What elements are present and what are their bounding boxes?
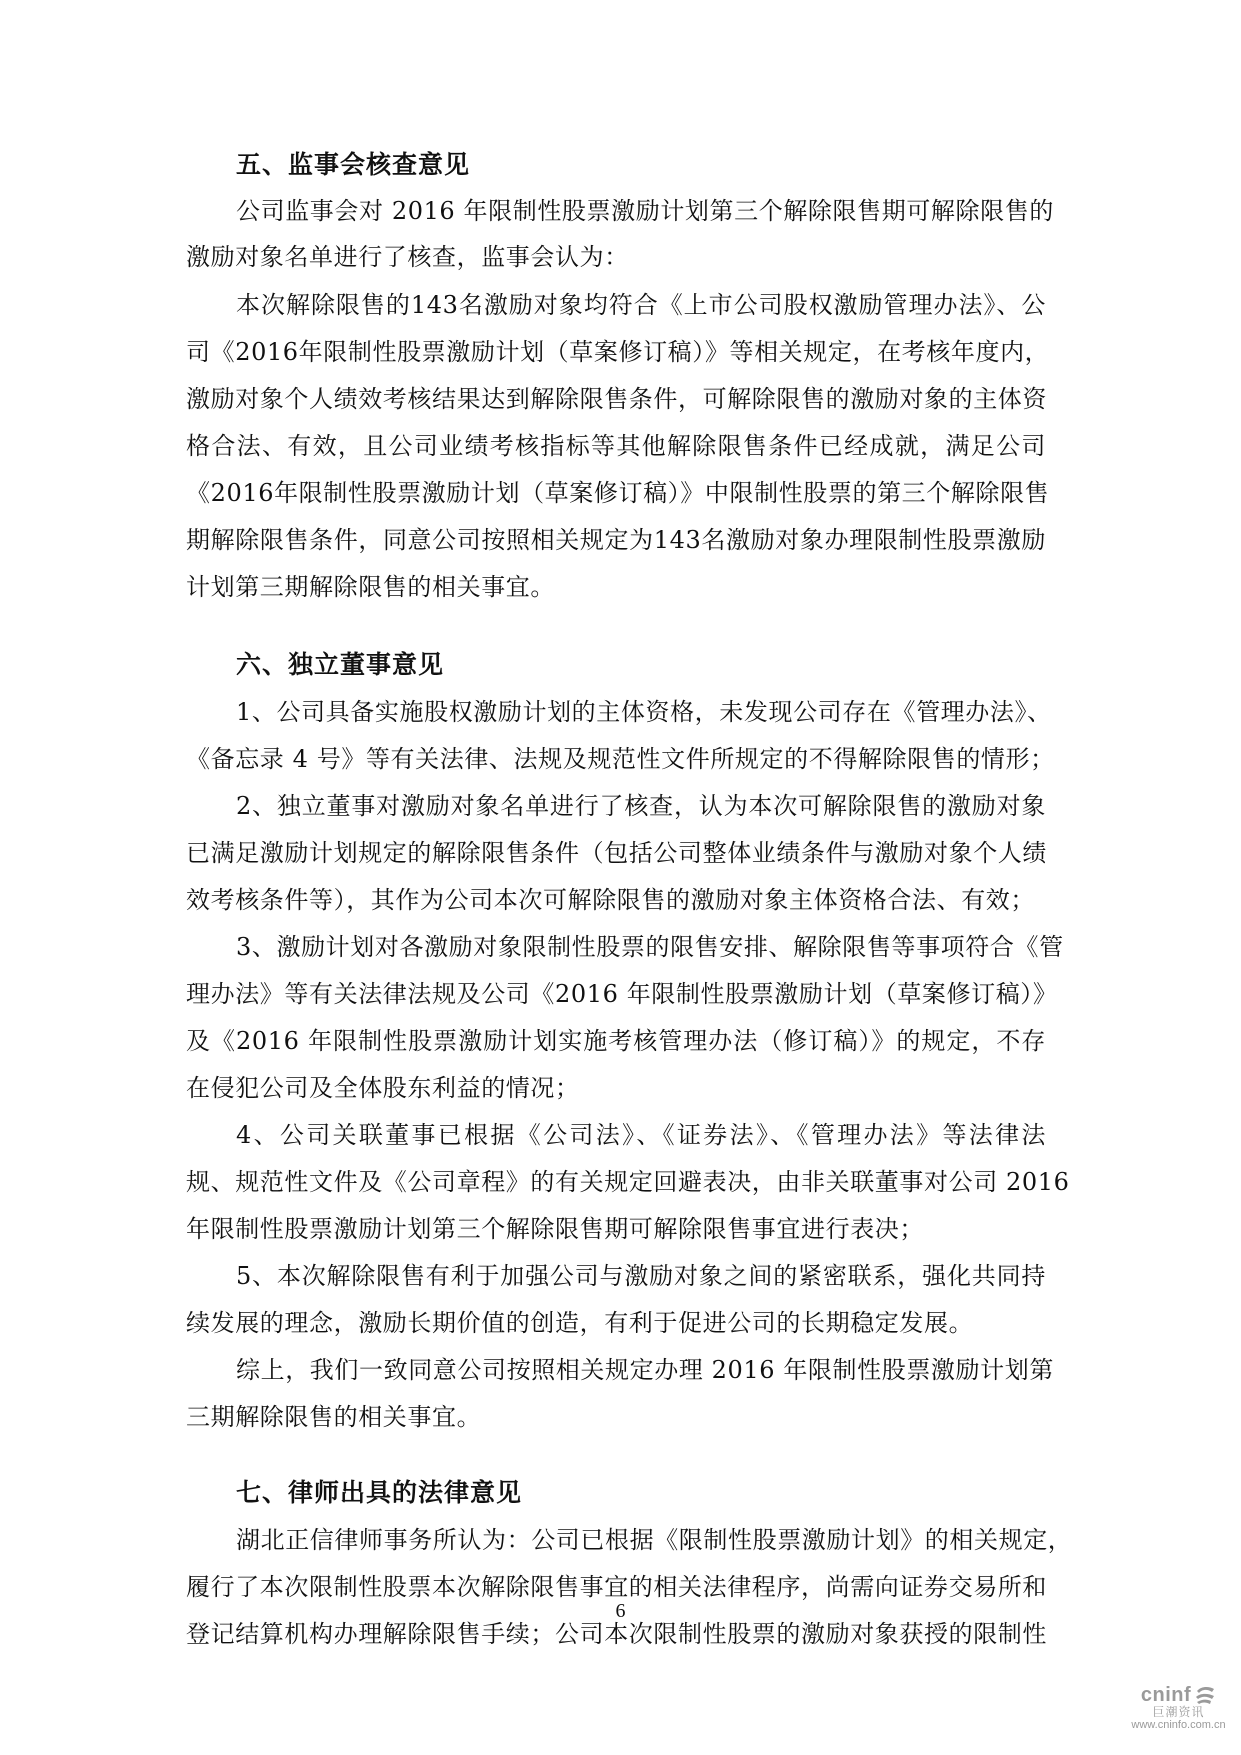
paragraph-line: 效考核条件等），其作为公司本次可解除限售的激励对象主体资格合法、有效； xyxy=(186,885,1046,915)
paragraph-line: 《备忘录 4 号》等有关法律、法规及规范性文件所规定的不得解除限售的情形； xyxy=(186,744,1046,774)
paragraph-line: 三期解除限售的相关事宜。 xyxy=(186,1402,1046,1432)
paragraph-line: 格合法、有效，且公司业绩考核指标等其他解除限售条件已经成就，满足公司 xyxy=(186,431,1046,461)
paragraph-line: 计划第三期解除限售的相关事宜。 xyxy=(186,572,1046,602)
paragraph-line: 理办法》等有关法律法规及公司《2016 年限制性股票激励计划（草案修订稿）》 xyxy=(186,979,1046,1009)
paragraph-line: 履行了本次限制性股票本次解除限售事宜的相关法律程序，尚需向证券交易所和 xyxy=(186,1572,1046,1602)
paragraph-line: 年限制性股票激励计划第三个解除限售期可解除限售事宜进行表决； xyxy=(186,1214,1046,1244)
watermark-logo-text: cninf xyxy=(1141,1685,1191,1705)
watermark-chinese-name: 巨潮资讯 xyxy=(1116,1705,1241,1719)
paragraph-line: 1、公司具备实施股权激励计划的主体资格，未发现公司存在《管理办法》、 xyxy=(236,697,1046,727)
cninfo-watermark: cninf 巨潮资讯 www.cninfo.com.cn xyxy=(1116,1685,1241,1732)
paragraph-line: 规、规范性文件及《公司章程》的有关规定回避表决，由非关联董事对公司 2016 xyxy=(186,1167,1046,1197)
section-heading: 五、监事会核查意见 xyxy=(236,150,470,180)
page-number: 6 xyxy=(0,1600,1241,1623)
paragraph-line: 司《2016年限制性股票激励计划（草案修订稿）》等相关规定，在考核年度内， xyxy=(186,337,1046,367)
paragraph-line: 3、激励计划对各激励对象限制性股票的限售安排、解除限售等事项符合《管 xyxy=(236,932,1046,962)
paragraph-line: 《2016年限制性股票激励计划（草案修订稿）》中限制性股票的第三个解除限售 xyxy=(186,478,1046,508)
paragraph-line: 激励对象个人绩效考核结果达到解除限售条件，可解除限售的激励对象的主体资 xyxy=(186,384,1046,414)
paragraph-line: 综上，我们一致同意公司按照相关规定办理 2016 年限制性股票激励计划第 xyxy=(236,1355,1046,1385)
paragraph-line: 4、公司关联董事已根据《公司法》、《证券法》、《管理办法》等法律法 xyxy=(236,1120,1046,1150)
paragraph-line: 本次解除限售的143名激励对象均符合《上市公司股权激励管理办法》、公 xyxy=(236,290,1046,320)
section-heading: 六、独立董事意见 xyxy=(236,650,444,680)
paragraph-line: 湖北正信律师事务所认为：公司已根据《限制性股票激励计划》的相关规定， xyxy=(236,1525,1046,1555)
watermark-logo: cninf xyxy=(1116,1685,1241,1705)
paragraph-line: 及《2016 年限制性股票激励计划实施考核管理办法（修订稿）》的规定，不存 xyxy=(186,1026,1046,1056)
paragraph-line: 激励对象名单进行了核查，监事会认为： xyxy=(186,242,1046,272)
paragraph-line: 在侵犯公司及全体股东利益的情况； xyxy=(186,1073,1046,1103)
paragraph-line: 公司监事会对 2016 年限制性股票激励计划第三个解除限售期可解除限售的 xyxy=(236,196,1046,226)
document-page: 五、监事会核查意见公司监事会对 2016 年限制性股票激励计划第三个解除限售期可… xyxy=(0,0,1241,1755)
paragraph-line: 续发展的理念，激励长期价值的创造，有利于促进公司的长期稳定发展。 xyxy=(186,1308,1046,1338)
watermark-url: www.cninfo.com.cn xyxy=(1116,1719,1241,1732)
paragraph-line: 2、独立董事对激励对象名单进行了核查，认为本次可解除限售的激励对象 xyxy=(236,791,1046,821)
paragraph-line: 已满足激励计划规定的解除限售条件（包括公司整体业绩条件与激励对象个人绩 xyxy=(186,838,1046,868)
cninfo-swirl-icon xyxy=(1194,1685,1216,1705)
paragraph-line: 登记结算机构办理解除限售手续；公司本次限制性股票的激励对象获授的限制性 xyxy=(186,1619,1046,1649)
paragraph-line: 5、本次解除限售有利于加强公司与激励对象之间的紧密联系，强化共同持 xyxy=(236,1261,1046,1291)
paragraph-line: 期解除限售条件，同意公司按照相关规定为143名激励对象办理限制性股票激励 xyxy=(186,525,1046,555)
section-heading: 七、律师出具的法律意见 xyxy=(236,1478,522,1508)
